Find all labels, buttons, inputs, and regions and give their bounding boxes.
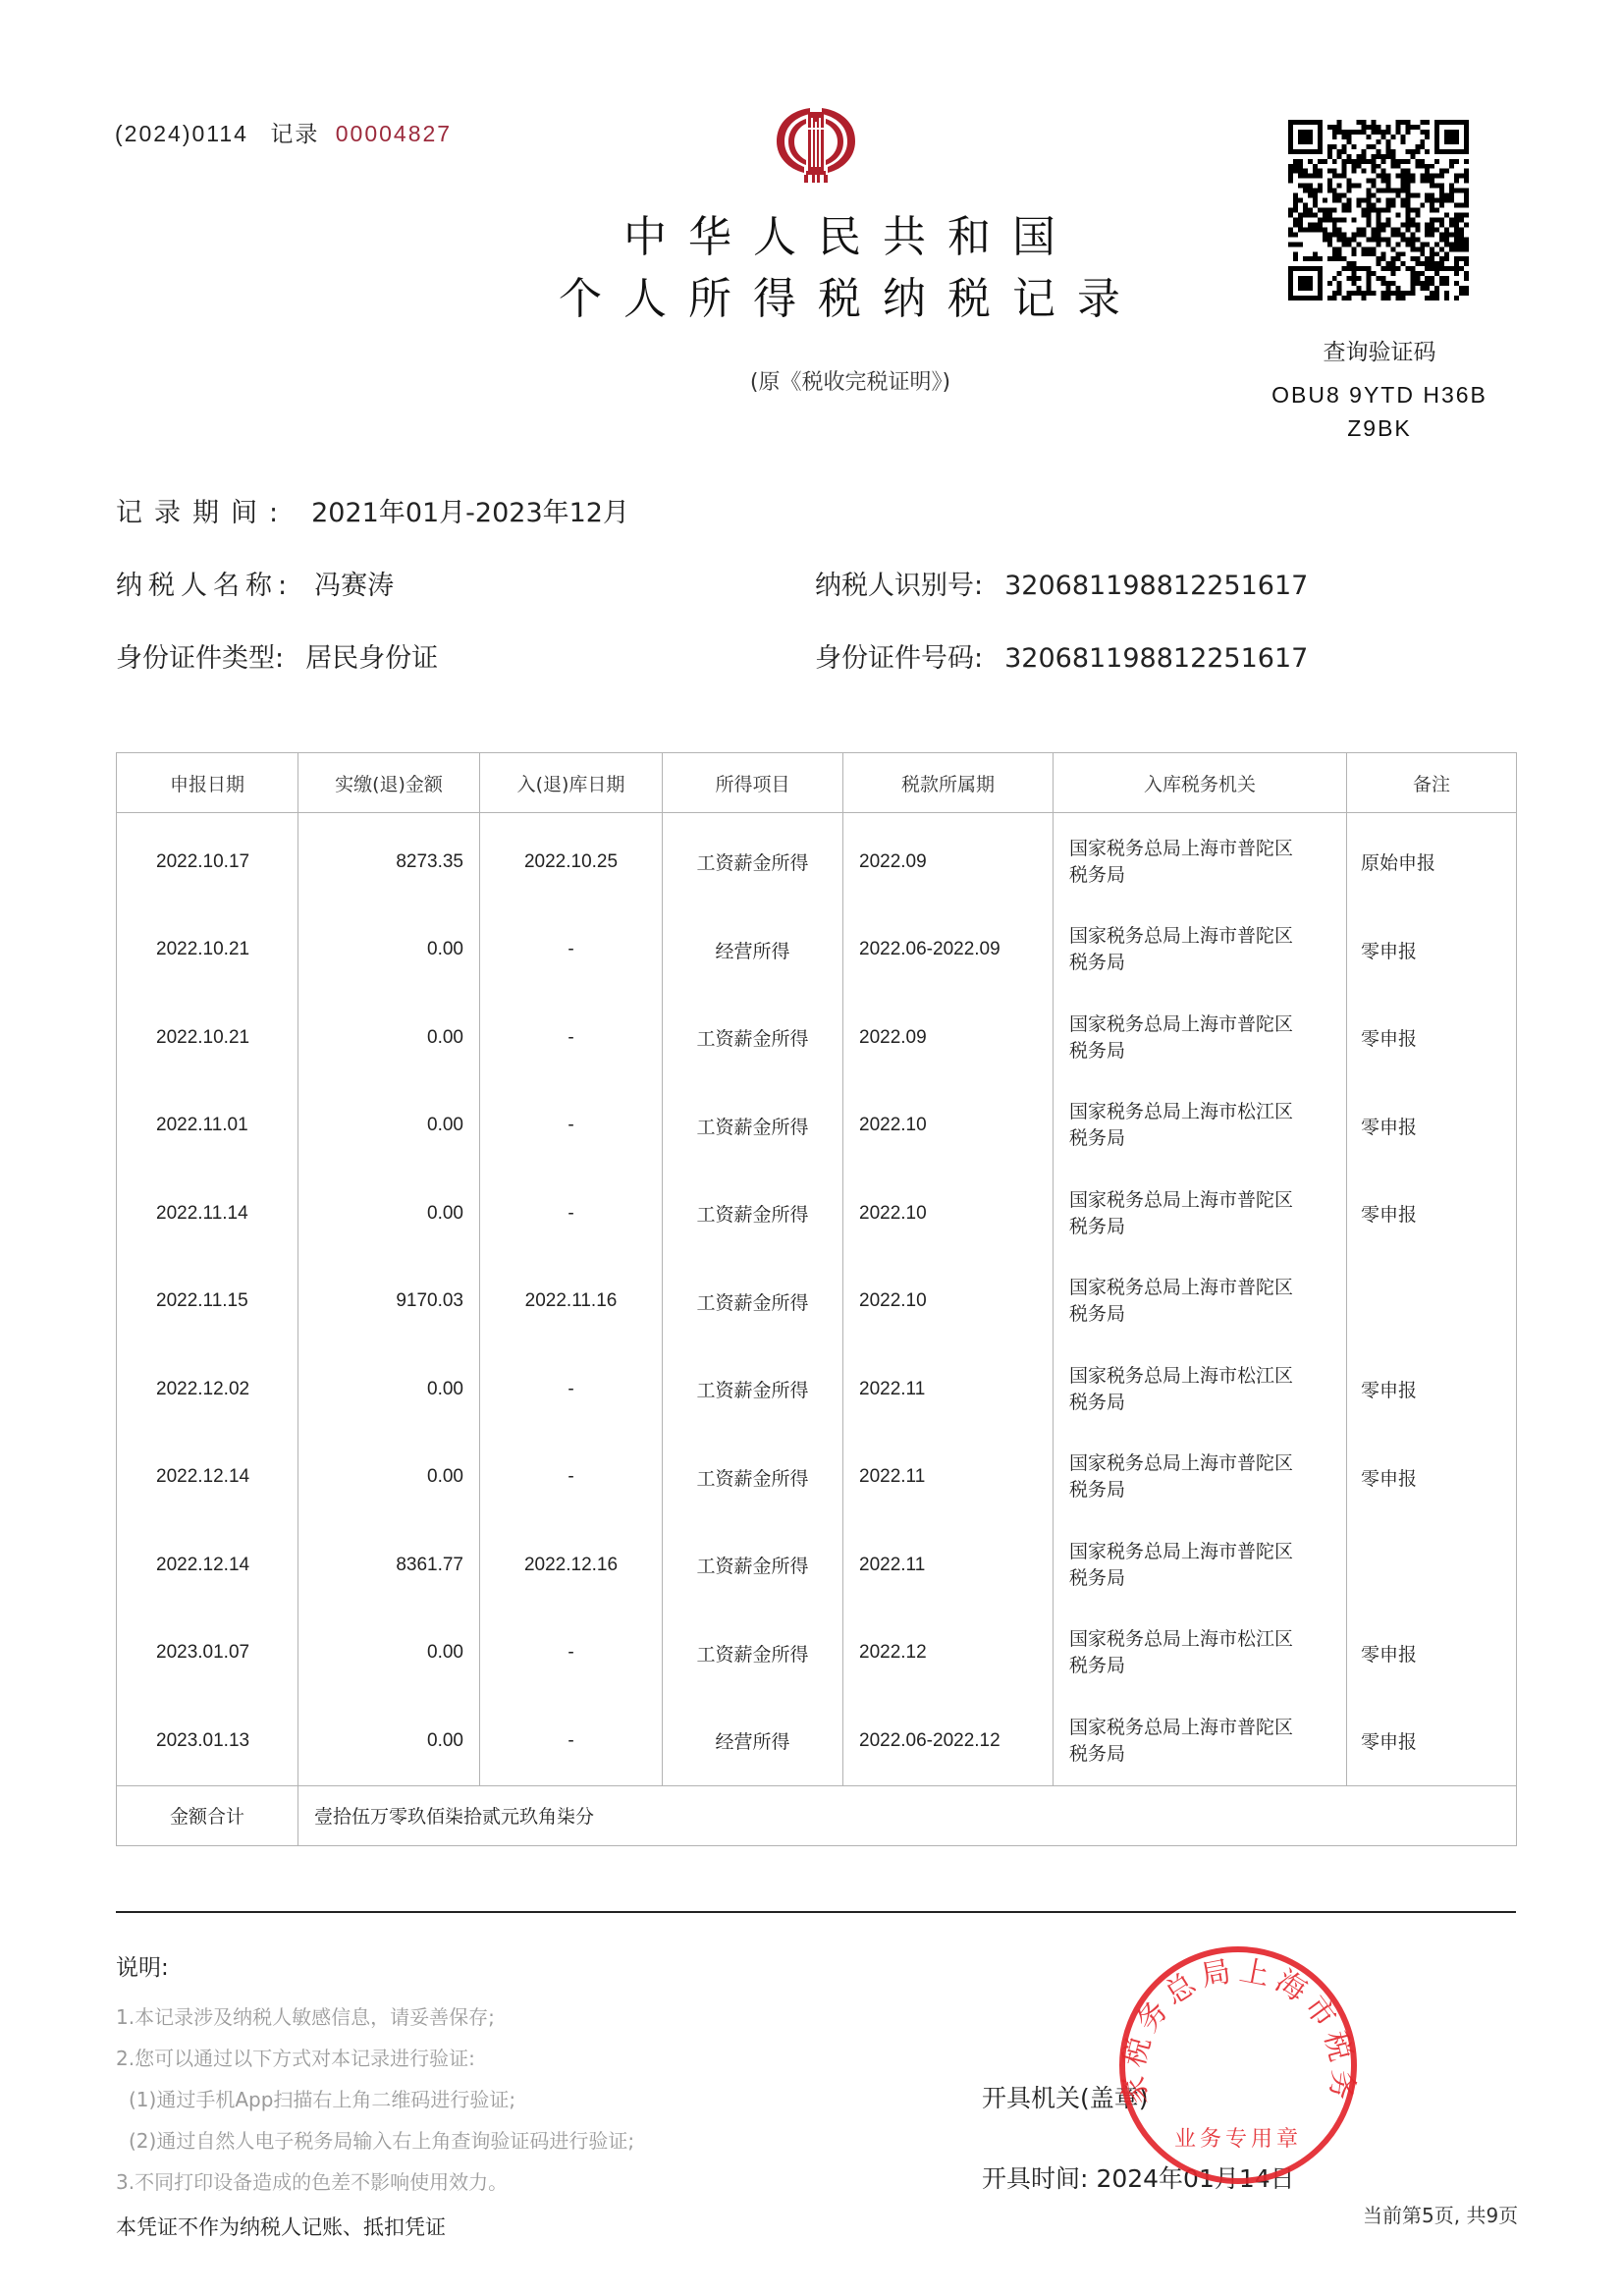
disclaimer: 本凭证不作为纳税人记账、抵扣凭证 <box>116 2212 446 2241</box>
notes-title: 说明: <box>116 1949 169 1982</box>
tax-office-line2: 税务局 <box>1069 1301 1336 1328</box>
document-number: (2024)0114 记录 00004827 <box>115 116 452 148</box>
tax-office-line1: 国家税务总局上海市普陀区 <box>1069 1275 1336 1301</box>
cell-filing-date: 2022.10.21 <box>117 906 298 995</box>
tax-office-line2: 税务局 <box>1069 1477 1336 1503</box>
col-header-income-item: 所得项目 <box>663 753 843 813</box>
cell-note: 零申报 <box>1347 1082 1517 1171</box>
doc-number-code: (2024)0114 <box>115 121 248 146</box>
cell-amount: 0.00 <box>298 906 480 995</box>
tax-office-line2: 税务局 <box>1069 1653 1336 1679</box>
tax-office-line2: 税务局 <box>1069 1214 1336 1240</box>
cell-tax-period: 2022.12 <box>843 1610 1054 1698</box>
cell-tax-office: 国家税务总局上海市普陀区税务局 <box>1054 994 1347 1082</box>
id-type-value: 居民身份证 <box>305 643 438 674</box>
note-item-2-2: (2)通过自然人电子税务局输入右上角查询验证码进行验证; <box>129 2125 634 2154</box>
cell-filing-date: 2022.11.01 <box>117 1082 298 1171</box>
cell-filing-date: 2022.10.17 <box>117 813 298 906</box>
id-type-label: 身份证件类型: <box>116 636 284 675</box>
cell-note <box>1347 1258 1517 1346</box>
cell-income-item: 工资薪金所得 <box>663 1434 843 1522</box>
record-period-label: 记录期间: <box>116 491 290 529</box>
cell-tax-office: 国家税务总局上海市普陀区税务局 <box>1054 1697 1347 1785</box>
cell-note <box>1347 1521 1517 1610</box>
taxpayer-id-label: 纳税人识别号: <box>815 564 983 602</box>
tax-office-line1: 国家税务总局上海市普陀区 <box>1069 1450 1336 1477</box>
cell-amount: 8273.35 <box>298 813 480 906</box>
cell-treasury-date: 2022.11.16 <box>480 1258 663 1346</box>
table-row: 2022.10.21 0.00 - 经营所得 2022.06-2022.09 国… <box>117 906 1517 995</box>
cell-treasury-date: - <box>480 994 663 1082</box>
cell-tax-office: 国家税务总局上海市普陀区税务局 <box>1054 813 1347 906</box>
cell-tax-office: 国家税务总局上海市普陀区税务局 <box>1054 1434 1347 1522</box>
taxpayer-name-value: 冯赛涛 <box>314 571 394 601</box>
taxpayer-name-label: 纳税人名称: <box>116 564 293 602</box>
cell-income-item: 工资薪金所得 <box>663 1610 843 1698</box>
taxpayer-id: 纳税人识别号:320681198812251617 <box>815 564 1308 602</box>
cell-note: 零申报 <box>1347 1434 1517 1522</box>
col-header-treasury-date: 入(退)库日期 <box>480 753 663 813</box>
cell-treasury-date: - <box>480 1434 663 1522</box>
cell-amount: 0.00 <box>298 1697 480 1785</box>
cell-income-item: 工资薪金所得 <box>663 1170 843 1258</box>
cell-tax-office: 国家税务总局上海市松江区税务局 <box>1054 1345 1347 1434</box>
cell-tax-period: 2022.10 <box>843 1170 1054 1258</box>
table-row: 2022.11.14 0.00 - 工资薪金所得 2022.10 国家税务总局上… <box>117 1170 1517 1258</box>
cell-tax-office: 国家税务总局上海市松江区税务局 <box>1054 1610 1347 1698</box>
taxpayer-name: 纳税人名称:冯赛涛 <box>116 564 394 602</box>
cell-tax-period: 2022.09 <box>843 994 1054 1082</box>
col-header-note: 备注 <box>1347 753 1517 813</box>
verify-code-label: 查询验证码 <box>1257 334 1502 366</box>
cell-amount: 0.00 <box>298 1082 480 1171</box>
cell-tax-period: 2022.11 <box>843 1345 1054 1434</box>
cell-income-item: 工资薪金所得 <box>663 994 843 1082</box>
tax-office-line2: 税务局 <box>1069 1125 1336 1152</box>
cell-note: 零申报 <box>1347 994 1517 1082</box>
verify-code-line1: OBU8 9YTD H36B <box>1247 378 1512 411</box>
section-divider <box>116 1911 1516 1913</box>
cell-filing-date: 2022.12.02 <box>117 1345 298 1434</box>
cell-income-item: 工资薪金所得 <box>663 813 843 906</box>
cell-amount: 0.00 <box>298 1170 480 1258</box>
taxpayer-id-value: 320681198812251617 <box>1004 571 1308 601</box>
table-row: 2022.11.15 9170.03 2022.11.16 工资薪金所得 202… <box>117 1258 1517 1346</box>
cell-filing-date: 2022.10.21 <box>117 994 298 1082</box>
cell-note: 零申报 <box>1347 1697 1517 1785</box>
id-number: 身份证件号码:320681198812251617 <box>815 636 1308 675</box>
cell-tax-period: 2022.11 <box>843 1434 1054 1522</box>
cell-treasury-date: - <box>480 1697 663 1785</box>
cell-filing-date: 2023.01.07 <box>117 1610 298 1698</box>
cell-treasury-date: - <box>480 1610 663 1698</box>
record-number: 00004827 <box>336 121 452 146</box>
tax-bureau-emblem-icon <box>769 106 863 183</box>
qr-code-icon[interactable] <box>1288 120 1469 301</box>
total-value: 壹拾伍万零玖佰柒拾贰元玖角柒分 <box>298 1785 1517 1845</box>
tax-office-line1: 国家税务总局上海市普陀区 <box>1069 1539 1336 1565</box>
tax-office-line2: 税务局 <box>1069 1038 1336 1065</box>
col-header-tax-office: 入库税务机关 <box>1054 753 1347 813</box>
cell-income-item: 工资薪金所得 <box>663 1258 843 1346</box>
cell-note: 零申报 <box>1347 906 1517 995</box>
total-row: 金额合计 壹拾伍万零玖佰柒拾贰元玖角柒分 <box>117 1785 1517 1845</box>
table-row: 2022.12.14 8361.77 2022.12.16 工资薪金所得 202… <box>117 1521 1517 1610</box>
table-row: 2022.12.02 0.00 - 工资薪金所得 2022.11 国家税务总局上… <box>117 1345 1517 1434</box>
tax-office-line1: 国家税务总局上海市松江区 <box>1069 1363 1336 1390</box>
cell-tax-period: 2022.06-2022.09 <box>843 906 1054 995</box>
tax-office-line1: 国家税务总局上海市松江区 <box>1069 1099 1336 1125</box>
tax-office-line2: 税务局 <box>1069 1565 1336 1592</box>
cell-tax-period: 2022.10 <box>843 1082 1054 1171</box>
tax-office-line1: 国家税务总局上海市普陀区 <box>1069 1715 1336 1741</box>
verify-code: OBU8 9YTD H36B Z9BK <box>1247 378 1512 445</box>
cell-amount: 0.00 <box>298 1610 480 1698</box>
issue-time-label: 开具时间: <box>982 2164 1088 2193</box>
cell-filing-date: 2022.12.14 <box>117 1434 298 1522</box>
cell-income-item: 工资薪金所得 <box>663 1082 843 1171</box>
tax-office-line1: 国家税务总局上海市普陀区 <box>1069 1011 1336 1038</box>
note-item-1: 1.本记录涉及纳税人敏感信息，请妥善保存; <box>116 2001 495 2030</box>
table-row: 2022.11.01 0.00 - 工资薪金所得 2022.10 国家税务总局上… <box>117 1082 1517 1171</box>
table-row: 2023.01.13 0.00 - 经营所得 2022.06-2022.12 国… <box>117 1697 1517 1785</box>
record-period: 记录期间:2021年01月-2023年12月 <box>116 491 629 529</box>
tax-office-line1: 国家税务总局上海市普陀区 <box>1069 1187 1336 1214</box>
page-indicator: 当前第5页, 共9页 <box>1363 2200 1518 2228</box>
cell-income-item: 经营所得 <box>663 906 843 995</box>
cell-tax-office: 国家税务总局上海市松江区税务局 <box>1054 1082 1347 1171</box>
cell-filing-date: 2022.11.15 <box>117 1258 298 1346</box>
cell-income-item: 工资薪金所得 <box>663 1345 843 1434</box>
table-row: 2022.10.17 8273.35 2022.10.25 工资薪金所得 202… <box>117 813 1517 906</box>
cell-amount: 9170.03 <box>298 1258 480 1346</box>
table-row: 2022.10.21 0.00 - 工资薪金所得 2022.09 国家税务总局上… <box>117 994 1517 1082</box>
record-period-value: 2021年01月-2023年12月 <box>311 498 629 528</box>
cell-treasury-date: - <box>480 1082 663 1171</box>
cell-treasury-date: 2022.10.25 <box>480 813 663 906</box>
seal-center-text: 业务专用章 <box>1174 2127 1302 2152</box>
col-header-filing-date: 申报日期 <box>117 753 298 813</box>
cell-tax-office: 国家税务总局上海市普陀区税务局 <box>1054 1170 1347 1258</box>
tax-office-line2: 税务局 <box>1069 1390 1336 1416</box>
tax-office-line1: 国家税务总局上海市普陀区 <box>1069 923 1336 950</box>
cell-tax-office: 国家税务总局上海市普陀区税务局 <box>1054 906 1347 995</box>
id-type: 身份证件类型:居民身份证 <box>116 636 438 675</box>
cell-treasury-date: - <box>480 906 663 995</box>
tax-office-line2: 税务局 <box>1069 950 1336 976</box>
tax-office-line2: 税务局 <box>1069 862 1336 889</box>
id-number-value: 320681198812251617 <box>1004 643 1308 674</box>
note-item-3: 3.不同打印设备造成的色差不影响使用效力。 <box>116 2166 508 2195</box>
cell-amount: 0.00 <box>298 994 480 1082</box>
cell-amount: 8361.77 <box>298 1521 480 1610</box>
cell-tax-period: 2022.09 <box>843 813 1054 906</box>
cell-amount: 0.00 <box>298 1345 480 1434</box>
cell-note: 原始申报 <box>1347 813 1517 906</box>
col-header-amount: 实缴(退)金额 <box>298 753 480 813</box>
tax-office-line1: 国家税务总局上海市普陀区 <box>1069 836 1336 862</box>
note-item-2-1: (1)通过手机App扫描右上角二维码进行验证; <box>129 2084 515 2112</box>
record-label: 记录 <box>270 121 319 146</box>
seal-ring-text: 国家税务总局上海市税务局 <box>1117 1944 1359 2107</box>
cell-treasury-date: 2022.12.16 <box>480 1521 663 1610</box>
cell-tax-office: 国家税务总局上海市普陀区税务局 <box>1054 1258 1347 1346</box>
cell-filing-date: 2023.01.13 <box>117 1697 298 1785</box>
tax-office-line1: 国家税务总局上海市松江区 <box>1069 1626 1336 1653</box>
cell-amount: 0.00 <box>298 1434 480 1522</box>
cell-treasury-date: - <box>480 1345 663 1434</box>
cell-filing-date: 2022.12.14 <box>117 1521 298 1610</box>
total-label: 金额合计 <box>117 1785 298 1845</box>
cell-treasury-date: - <box>480 1170 663 1258</box>
official-seal-icon: 国家税务总局上海市税务局 业务专用章 <box>1117 1944 1359 2186</box>
cell-tax-period: 2022.06-2022.12 <box>843 1697 1054 1785</box>
table-header-row: 申报日期 实缴(退)金额 入(退)库日期 所得项目 税款所属期 入库税务机关 备… <box>117 753 1517 813</box>
cell-income-item: 经营所得 <box>663 1697 843 1785</box>
cell-tax-period: 2022.10 <box>843 1258 1054 1346</box>
cell-note: 零申报 <box>1347 1345 1517 1434</box>
tax-records-table: 申报日期 实缴(退)金额 入(退)库日期 所得项目 税款所属期 入库税务机关 备… <box>116 752 1516 1846</box>
cell-tax-office: 国家税务总局上海市普陀区税务局 <box>1054 1521 1347 1610</box>
col-header-tax-period: 税款所属期 <box>843 753 1054 813</box>
table-row: 2022.12.14 0.00 - 工资薪金所得 2022.11 国家税务总局上… <box>117 1434 1517 1522</box>
tax-office-line2: 税务局 <box>1069 1741 1336 1768</box>
note-item-2: 2.您可以通过以下方式对本记录进行验证: <box>116 2043 475 2071</box>
cell-filing-date: 2022.11.14 <box>117 1170 298 1258</box>
id-number-label: 身份证件号码: <box>815 636 983 675</box>
table-row: 2023.01.07 0.00 - 工资薪金所得 2022.12 国家税务总局上… <box>117 1610 1517 1698</box>
cell-note: 零申报 <box>1347 1610 1517 1698</box>
cell-tax-period: 2022.11 <box>843 1521 1054 1610</box>
verify-code-line2: Z9BK <box>1247 411 1512 445</box>
cell-income-item: 工资薪金所得 <box>663 1521 843 1610</box>
cell-note: 零申报 <box>1347 1170 1517 1258</box>
svg-text:国家税务总局上海市税务局: 国家税务总局上海市税务局 <box>1117 1944 1359 2107</box>
